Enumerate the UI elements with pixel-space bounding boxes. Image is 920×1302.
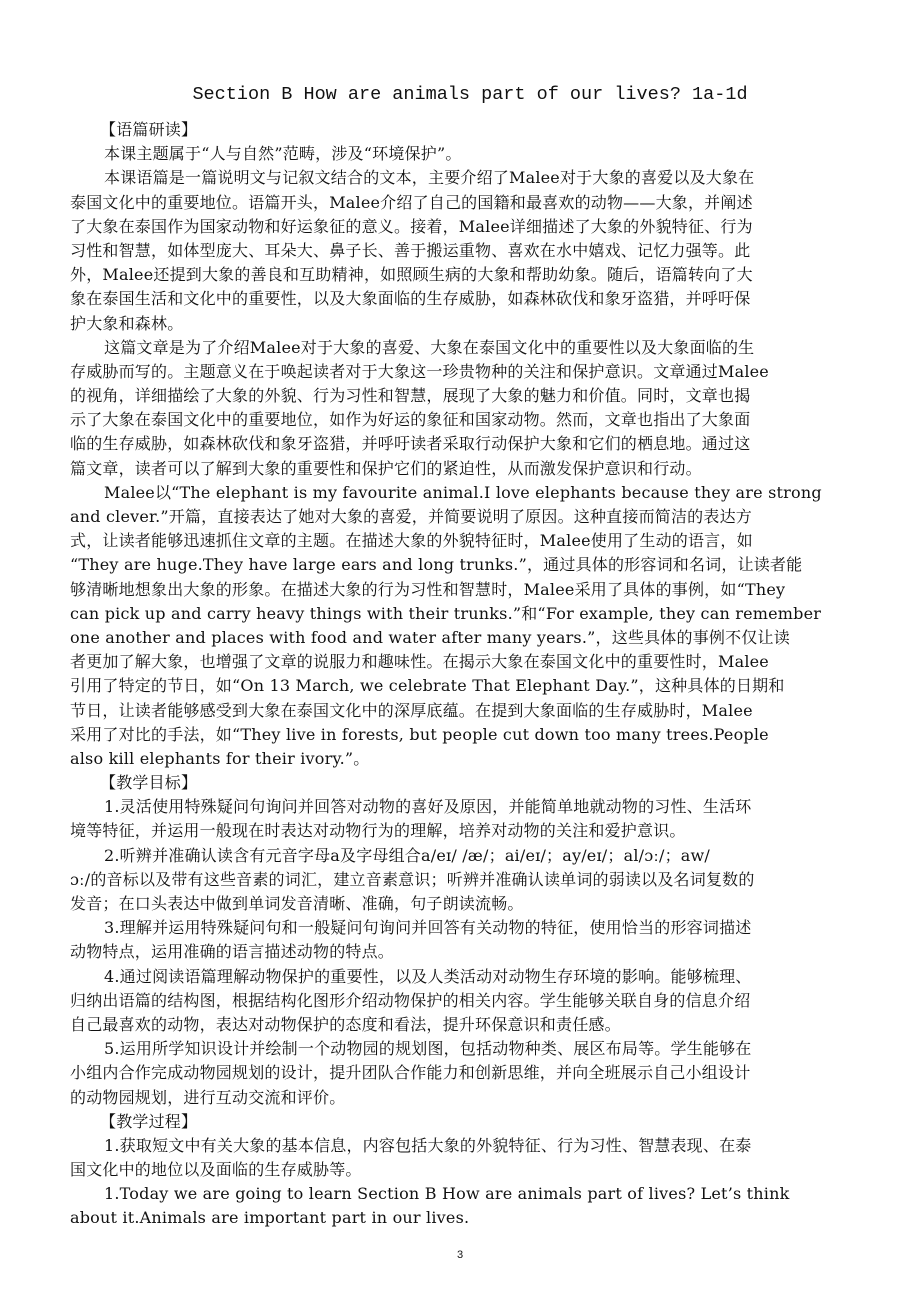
text-line: 护大象和森林。 <box>70 312 870 336</box>
text-line: 境等特征，并运用一般现在时表达对动物行为的理解，培养对动物的关注和爱护意识。 <box>70 819 870 843</box>
text-line: 4.通过阅读语篇理解动物保护的重要性，以及人类活动对动物生存环境的影响。能够梳理… <box>70 965 870 989</box>
text-line: 1.灵活使用特殊疑问句询问并回答对动物的喜好及原因，并能简单地就动物的习性、生活… <box>70 795 870 819</box>
text-line: 篇文章，读者可以了解到大象的重要性和保护它们的紧迫性，从而激发保护意识和行动。 <box>70 457 870 481</box>
section-heading: 【语篇研读】 <box>70 118 870 142</box>
text-line: 5.运用所学知识设计并绘制一个动物园的规划图，包括动物种类、展区布局等。学生能够… <box>70 1037 870 1061</box>
text-line: 习性和智慧，如体型庞大、耳朵大、鼻子长、善于搬运重物、喜欢在水中嬉戏、记忆力强等… <box>70 239 870 263</box>
text-line: 本课主题属于“人与自然”范畴，涉及“环境保护”。 <box>70 142 870 166</box>
text-line: 者更加了解大象，也增强了文章的说服力和趣味性。在揭示大象在泰国文化中的重要性时，… <box>70 650 870 674</box>
text-line: and clever.”开篇，直接表达了她对大象的喜爱，并简要说明了原因。这种直… <box>70 505 870 529</box>
text-line: ɔː/的音标以及带有这些音素的词汇，建立音素意识；听辨并准确认读单词的弱读以及名… <box>70 868 870 892</box>
text-line: 2.听辨并准确认读含有元音字母a及字母组合a/eɪ/ /æ/；ai/eɪ/；ay… <box>70 844 870 868</box>
text-line: 示了大象在泰国文化中的重要地位，如作为好运的象征和国家动物。然而，文章也指出了大… <box>70 408 870 432</box>
text-line: 1.获取短文中有关大象的基本信息，内容包括大象的外貌特征、行为习性、智慧表现、在… <box>70 1134 870 1158</box>
text-line: 3.理解并运用特殊疑问句和一般疑问句询问并回答有关动物的特征，使用恰当的形容词描… <box>70 916 870 940</box>
text-line: 自己最喜欢的动物，表达对动物保护的态度和看法，提升环保意识和责任感。 <box>70 1013 870 1037</box>
text-line: 采用了对比的手法，如“They live in forests, but peo… <box>70 723 870 747</box>
text-line: 动物特点，运用准确的语言描述动物的特点。 <box>70 940 870 964</box>
text-line: 这篇文章是为了介绍Malee对于大象的喜爱、大象在泰国文化中的重要性以及大象面临… <box>70 336 870 360</box>
text-line: 本课语篇是一篇说明文与记叙文结合的文本，主要介绍了Malee对于大象的喜爱以及大… <box>70 166 870 190</box>
text-line: 临的生存威胁，如森林砍伐和象牙盗猎，并呼吁读者采取行动保护大象和它们的栖息地。通… <box>70 432 870 456</box>
text-line: 1.Today we are going to learn Section B … <box>70 1182 870 1206</box>
text-line: 够清晰地想象出大象的形象。在描述大象的行为习性和智慧时，Malee采用了具体的事… <box>70 578 870 602</box>
text-line: 了大象在泰国作为国家动物和好运象征的意义。接着，Malee详细描述了大象的外貌特… <box>70 215 870 239</box>
text-line: Malee以“The elephant is my favourite anim… <box>70 481 870 505</box>
text-line: 的动物园规划，进行互动交流和评价。 <box>70 1086 870 1110</box>
text-line: also kill elephants for their ivory.”。 <box>70 747 870 771</box>
section-heading: 【教学目标】 <box>70 771 870 795</box>
text-line: 小组内合作完成动物园规划的设计，提升团队合作能力和创新思维，并向全班展示自己小组… <box>70 1061 870 1085</box>
section-heading: 【教学过程】 <box>70 1110 870 1134</box>
text-line: 节日，让读者能够感受到大象在泰国文化中的深厚底蕴。在提到大象面临的生存威胁时，M… <box>70 699 870 723</box>
text-line: 泰国文化中的重要地位。语篇开头，Malee介绍了自己的国籍和最喜欢的动物——大象… <box>70 191 870 215</box>
text-line: can pick up and carry heavy things with … <box>70 602 870 626</box>
text-line: 的视角，详细描绘了大象的外貌、行为习性和智慧，展现了大象的魅力和价值。同时，文章… <box>70 384 870 408</box>
text-line: 式，让读者能够迅速抓住文章的主题。在描述大象的外貌特征时，Malee使用了生动的… <box>70 529 870 553</box>
text-line: 象在泰国生活和文化中的重要性，以及大象面临的生存威胁，如森林砍伐和象牙盗猎，并呼… <box>70 287 870 311</box>
text-line: 归纳出语篇的结构图，根据结构化图形介绍动物保护的相关内容。学生能够关联自身的信息… <box>70 989 870 1013</box>
text-line: 存威胁而写的。主题意义在于唤起读者对于大象这一珍贵物种的关注和保护意识。文章通过… <box>70 360 870 384</box>
text-line: about it.Animals are important part in o… <box>70 1206 870 1230</box>
text-line: “They are huge.They have large ears and … <box>70 553 870 577</box>
text-line: 外，Malee还提到大象的善良和互助精神，如照顾生病的大象和帮助幼象。随后，语篇… <box>70 263 870 287</box>
text-line: 发音；在口头表达中做到单词发音清晰、准确，句子朗读流畅。 <box>70 892 870 916</box>
text-line: one another and places with food and wat… <box>70 626 870 650</box>
document-body: 【语篇研读】本课主题属于“人与自然”范畴，涉及“环境保护”。本课语篇是一篇说明文… <box>70 118 870 1231</box>
text-line: 引用了特定的节日，如“On 13 March, we celebrate Tha… <box>70 674 870 698</box>
document-title: Section B How are animals part of our li… <box>70 84 870 105</box>
page-number: 3 <box>0 1250 920 1262</box>
text-line: 国文化中的地位以及面临的生存威胁等。 <box>70 1158 870 1182</box>
